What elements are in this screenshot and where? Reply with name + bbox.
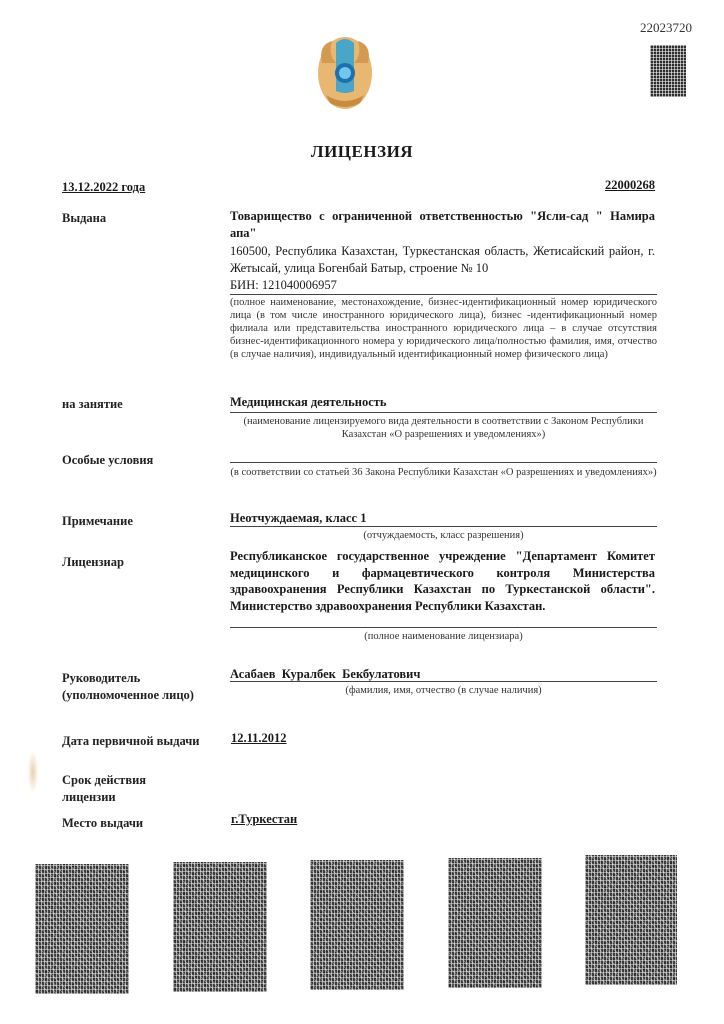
first-issue-date-value: 12.11.2012 (231, 731, 287, 746)
issued-to-name: Товарищество с ограниченной ответственно… (230, 208, 655, 242)
divider (230, 627, 657, 628)
licensor-label: Лицензиар (62, 554, 124, 571)
remark-note: (отчуждаемость, класс разрешения) (230, 529, 657, 542)
2d-barcode-icon (585, 855, 677, 985)
2d-barcode-icon (35, 864, 129, 994)
place-of-issue-value: г.Туркестан (231, 812, 297, 827)
divider (230, 462, 657, 463)
document-number: 22023720 (640, 20, 692, 36)
activity-label: на занятие (62, 396, 123, 413)
validity-label-line2: лицензии (62, 789, 146, 806)
2d-barcode-icon (310, 860, 404, 990)
licensor-note: (полное наименование лицензиара) (230, 630, 657, 643)
remark-value: Неотчуждаемая, класс 1 (230, 510, 655, 527)
state-emblem-icon (316, 33, 374, 113)
head-label-line2: (уполномоченное лицо) (62, 687, 194, 704)
first-issue-date-label: Дата первичной выдачи (62, 733, 200, 750)
issued-to-note: (полное наименование, местонахождение, б… (230, 296, 657, 361)
license-number: 22000268 (605, 178, 655, 193)
divider (230, 294, 657, 295)
head-label-line1: Руководитель (62, 670, 194, 687)
issued-to-label: Выдана (62, 210, 106, 227)
place-of-issue-label: Место выдачи (62, 815, 143, 832)
validity-label-line1: Срок действия (62, 772, 146, 789)
activity-note: (наименование лицензируемого вида деятел… (230, 415, 657, 441)
divider (230, 681, 657, 682)
divider (230, 526, 657, 527)
head-label: Руководитель (уполномоченное лицо) (62, 670, 194, 704)
issued-to-address: 160500, Республика Казахстан, Туркестанс… (230, 243, 655, 277)
licensor-value: Республиканское государственное учрежден… (230, 548, 655, 614)
issue-date: 13.12.2022 года (62, 180, 145, 195)
qr-code-icon (650, 45, 686, 97)
activity-value: Медицинская деятельность (230, 394, 655, 411)
special-conditions-note: (в соответствии со статьей 36 Закона Рес… (230, 466, 657, 479)
head-note: (фамилия, имя, отчество (в случае наличи… (230, 684, 657, 697)
issued-to-bin: БИН: 121040006957 (230, 277, 655, 294)
paper-stain (28, 752, 38, 792)
2d-barcode-icon (448, 858, 542, 988)
divider (230, 412, 657, 413)
page-title: ЛИЦЕНЗИЯ (0, 142, 724, 162)
remark-label: Примечание (62, 513, 133, 530)
2d-barcode-icon (173, 862, 267, 992)
validity-label: Срок действия лицензии (62, 772, 146, 806)
special-conditions-label: Особые условия (62, 452, 153, 469)
